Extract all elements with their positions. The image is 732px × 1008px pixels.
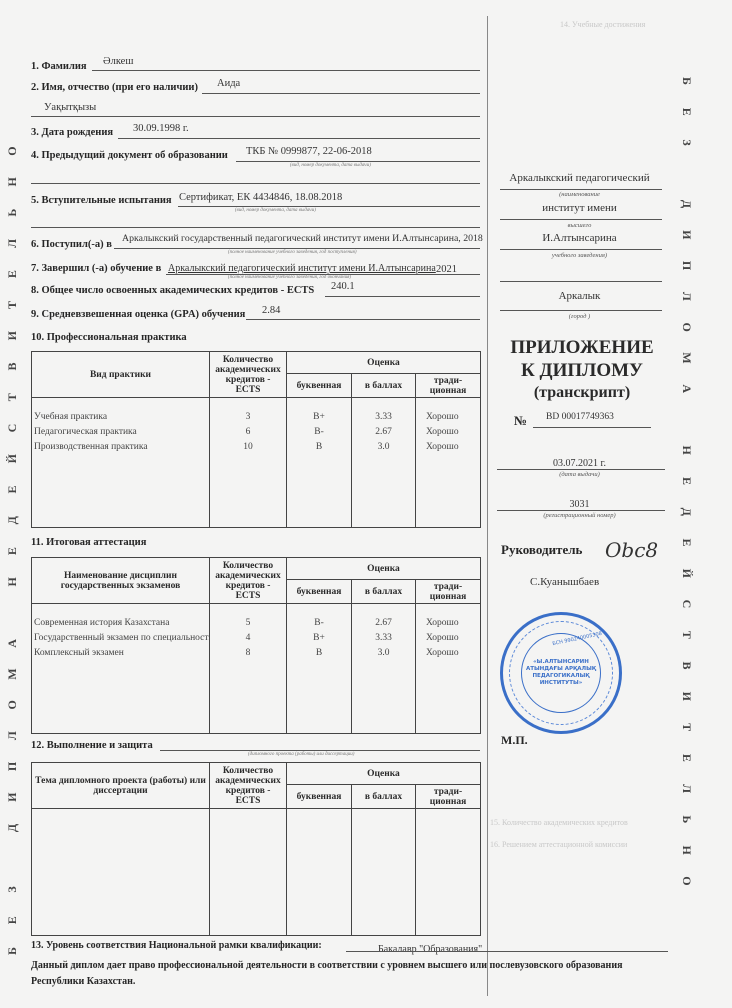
col-header-name: Тема дипломного проекта (работы) или дис…: [32, 763, 210, 809]
strip-letter: О: [5, 141, 20, 161]
col-header-credits: Количество академических кредитов - ECTS: [210, 763, 287, 809]
prev-doc-value: ТКБ № 0999877, 22-06-2018: [246, 146, 372, 157]
name-value: Аида: [217, 78, 240, 89]
doc-number: BD 00017749363: [546, 412, 614, 422]
table-cell-letter: B+B-B: [287, 398, 352, 528]
table-row-letter: B: [287, 440, 351, 455]
strip-letter: Н: [5, 172, 20, 192]
institution-cap2: высшего: [497, 222, 662, 229]
qualification-label: 13. Уровень соответствия Национальной ра…: [31, 940, 322, 951]
table-row-credits: 8: [210, 646, 286, 661]
strip-letter: Л: [5, 233, 20, 253]
col-header-traditional: тради- ционная: [416, 785, 481, 809]
col-header-credits: Количество академических кредитов - ECTS: [210, 558, 287, 604]
strip-letter: Е: [5, 264, 20, 284]
surname-value: Әлкеш: [103, 56, 133, 67]
strip-letter: В: [5, 356, 20, 376]
table-row-letter: B+: [287, 631, 351, 646]
strip-letter: Д: [680, 194, 695, 214]
strip-letter: Е: [680, 471, 695, 491]
surname-label: 1. Фамилия: [31, 61, 87, 72]
thesis-title: 12. Выполнение и защита: [31, 740, 153, 751]
strip-letter: А: [5, 633, 20, 653]
strip-letter: Й: [680, 563, 695, 583]
doc-title-3: (транскрипт): [497, 384, 667, 402]
institution-city-cap: (город ): [497, 313, 662, 320]
strip-letter: П: [5, 756, 20, 776]
strip-letter: Ь: [5, 203, 20, 223]
col-header-letter: буквенная: [287, 785, 352, 809]
table-row-traditional: Хорошо: [416, 410, 480, 425]
strip-letter: З: [5, 879, 20, 899]
strip-letter: О: [5, 695, 20, 715]
table-cell-letter: B-B+B: [287, 604, 352, 734]
institution-line2: институт имени: [497, 202, 662, 214]
entrance-value: Сертификат, ЕК 4434846, 18.08.2018: [179, 192, 342, 203]
strip-letter: М: [5, 664, 20, 684]
strip-letter: Е: [680, 532, 695, 552]
strip-letter: [5, 603, 20, 623]
strip-letter: Н: [680, 840, 695, 860]
ghost-text: 16. Решением аттестационной комиссии: [490, 840, 627, 849]
strip-letter: Н: [5, 572, 20, 592]
table-row-name: Гоcударственный экзамен по специальности: [32, 631, 209, 646]
col-header-points: в баллах: [352, 374, 416, 398]
col-header-grade: Оценка: [287, 558, 481, 580]
gpa-value: 2.84: [262, 305, 280, 316]
institution-cap3: учебного заведения): [497, 252, 662, 259]
col-header-points: в баллах: [352, 785, 416, 809]
table-row-points: 3.33: [352, 410, 415, 425]
completed-caption: (полное наименование учебного заведения,…: [228, 275, 351, 280]
col-header-grade: Оценка: [287, 352, 481, 374]
strip-letter: Т: [680, 625, 695, 645]
table-row-credits: 10: [210, 440, 286, 455]
table-row-letter: B-: [287, 425, 351, 440]
strip-letter: Л: [5, 726, 20, 746]
birth-date-value: 30.09.1998 г.: [133, 123, 189, 134]
strip-letter: Е: [680, 748, 695, 768]
strip-letter: М: [680, 348, 695, 368]
table-cell-credits: 548: [210, 604, 287, 734]
strip-letter: Б: [680, 71, 695, 91]
strip-letter: И: [680, 225, 695, 245]
table-row-name: Производственная практика: [32, 440, 209, 455]
table-cell-name: Современная история КазахстанаГоcударств…: [32, 604, 210, 734]
institution-line3: И.Алтынсарина: [497, 232, 662, 244]
strip-letter: С: [5, 418, 20, 438]
table-row-credits: 3: [210, 410, 286, 425]
completed-value: Аркалыкский педагогический институт имен…: [168, 263, 436, 274]
name-label: 2. Имя, отчество (при его наличии): [31, 82, 198, 93]
table-cell-points: [352, 809, 416, 936]
strip-letter: Ь: [680, 809, 695, 829]
table-row-points: 3.0: [352, 646, 415, 661]
strip-letter: О: [680, 871, 695, 891]
col-header-letter: буквенная: [287, 580, 352, 604]
col-header-letter: буквенная: [287, 374, 352, 398]
table-row-points: 2.67: [352, 425, 415, 440]
strip-letter: Й: [5, 449, 20, 469]
table-row-traditional: Хорошо: [416, 440, 480, 455]
director-name: С.Куанышбаев: [530, 576, 599, 588]
entrance-label: 5. Вступительные испытания: [31, 195, 172, 206]
doc-title-1: ПРИЛОЖЕНИЕ: [497, 337, 667, 359]
table-cell-name: Учебная практикаПедагогическая практикаП…: [32, 398, 210, 528]
number-symbol: №: [514, 413, 527, 429]
strip-letter: И: [5, 787, 20, 807]
col-header-name: Наименование дисциплин государственных э…: [32, 558, 210, 604]
enrolled-label: 6. Поступил(-а) в: [31, 239, 112, 250]
strip-letter: [680, 409, 695, 429]
col-header-name: Вид практики: [32, 352, 210, 398]
table-row-letter: B-: [287, 616, 351, 631]
page-divider: [487, 16, 488, 996]
strip-letter: С: [680, 594, 695, 614]
strip-letter: [680, 163, 695, 183]
birth-date-label: 3. Дата рождения: [31, 127, 113, 138]
strip-letter: П: [680, 256, 695, 276]
credits-label: 8. Общее число освоенных академических к…: [31, 285, 314, 296]
table-row-name: Комплексный экзамен: [32, 646, 209, 661]
strip-letter: И: [680, 686, 695, 706]
strip-letter: Л: [680, 779, 695, 799]
table-cell-credits: 3610: [210, 398, 287, 528]
enrolled-value: Аркалыкский государственный педагогическ…: [122, 233, 483, 244]
strip-letter: А: [680, 379, 695, 399]
strip-letter: Т: [680, 717, 695, 737]
patronymic-value: Уақытқызы: [44, 102, 96, 113]
qualification-value: Бакалавр "Образования": [378, 944, 482, 955]
qualification-note: Данный диплом дает право профессионально…: [31, 958, 671, 990]
practice-title: 10. Профессиональная практика: [31, 332, 187, 343]
reg-number: 3031: [497, 499, 662, 510]
ghost-text: 14. Учебные достижения: [560, 20, 645, 29]
institution-city: Аркалык: [497, 290, 662, 302]
strip-letter: Е: [5, 480, 20, 500]
institution-cap1: (наименование: [497, 191, 662, 198]
strip-letter: Т: [5, 387, 20, 407]
strip-letter: Д: [5, 510, 20, 530]
strip-letter: З: [680, 133, 695, 153]
table-cell-points: 3.332.673.0: [352, 398, 416, 528]
issue-date: 03.07.2021 г.: [497, 458, 662, 469]
table-row-credits: 6: [210, 425, 286, 440]
entrance-caption: (вид, номер документа, дата выдачи): [235, 208, 316, 213]
strip-letter: Т: [5, 295, 20, 315]
table-row-name: Педагогическая практика: [32, 425, 209, 440]
table-row-letter: B: [287, 646, 351, 661]
table-cell-points: 2.673.333.0: [352, 604, 416, 734]
strip-letter: Л: [680, 286, 695, 306]
strip-letter: В: [680, 656, 695, 676]
table-row-letter: B+: [287, 410, 351, 425]
strip-letter: [5, 849, 20, 869]
table-row-name: Современная история Казахстана: [32, 616, 209, 631]
strip-letter: Д: [680, 502, 695, 522]
official-stamp: «Ы.АЛТЫНСАРИН АТЫНДАҒЫ АРҚАЛЫҚ ПЕДАГОГИК…: [500, 612, 622, 734]
side-strip-left: БЕЗ ДИПЛОМА НЕДЕЙСТВИТЕЛЬНО: [1, 141, 23, 961]
strip-letter: Н: [680, 440, 695, 460]
table-row-points: 3.33: [352, 631, 415, 646]
reg-number-cap: (регистрационный номер): [497, 512, 662, 519]
strip-letter: Д: [5, 818, 20, 838]
table-row-traditional: Хорошо: [416, 631, 480, 646]
table-row-points: 2.67: [352, 616, 415, 631]
director-label: Руководитель: [501, 542, 582, 558]
prev-doc-label: 4. Предыдущий документ об образовании: [31, 150, 228, 161]
credits-value: 240.1: [331, 281, 355, 292]
col-header-credits: Количество академических кредитов - ECTS: [210, 352, 287, 398]
doc-title-2: К ДИПЛОМУ: [497, 360, 667, 382]
table-cell-traditional: [416, 809, 481, 936]
table-row-traditional: Хорошо: [416, 616, 480, 631]
enrolled-caption: (полное наименование учебного заведения,…: [228, 250, 357, 255]
ghost-text: 15. Количество академических кредитов: [490, 818, 628, 827]
stamp-label: М.П.: [501, 733, 528, 748]
strip-letter: Е: [5, 910, 20, 930]
table-cell-traditional: ХорошоХорошоХорошо: [416, 398, 481, 528]
table-row-credits: 4: [210, 631, 286, 646]
col-header-traditional: тради- ционная: [416, 374, 481, 398]
attestation-table: Наименование дисциплин государственных э…: [31, 557, 481, 734]
completed-label: 7. Завершил (-а) обучение в: [31, 263, 161, 274]
table-cell-credits: [210, 809, 287, 936]
col-header-traditional: тради- ционная: [416, 580, 481, 604]
issue-date-cap: (дата выдачи): [497, 471, 662, 478]
col-header-grade: Оценка: [287, 763, 481, 785]
strip-letter: Е: [5, 541, 20, 561]
strip-letter: О: [680, 317, 695, 337]
gpa-label: 9. Средневзвешенная оценка (GPA) обучени…: [31, 309, 245, 320]
table-row-traditional: Хорошо: [416, 425, 480, 440]
table-row-traditional: Хорошо: [416, 646, 480, 661]
table-row-name: Учебная практика: [32, 410, 209, 425]
table-cell-traditional: ХорошоХорошоХорошо: [416, 604, 481, 734]
practice-table: Вид практики Количество академических кр…: [31, 351, 481, 528]
table-row-points: 3.0: [352, 440, 415, 455]
signature-mark: Obc8: [605, 538, 658, 562]
strip-letter: Е: [680, 102, 695, 122]
thesis-table: Тема дипломного проекта (работы) или дис…: [31, 762, 481, 936]
table-cell-name: [32, 809, 210, 936]
thesis-caption: (дипломного проекта (работы) или диссерт…: [248, 752, 354, 757]
strip-letter: И: [5, 326, 20, 346]
prev-doc-caption: (вид, номер документа, дата выдачи): [290, 163, 371, 168]
institution-line1: Аркалыкский педагогический: [497, 172, 662, 184]
table-row-credits: 5: [210, 616, 286, 631]
attestation-title: 11. Итоговая аттестация: [31, 537, 146, 548]
strip-letter: Б: [5, 941, 20, 961]
col-header-points: в баллах: [352, 580, 416, 604]
table-cell-letter: [287, 809, 352, 936]
side-strip-right: БЕЗ ДИПЛОМА НЕДЕЙСТВИТЕЛЬНО: [676, 71, 698, 891]
